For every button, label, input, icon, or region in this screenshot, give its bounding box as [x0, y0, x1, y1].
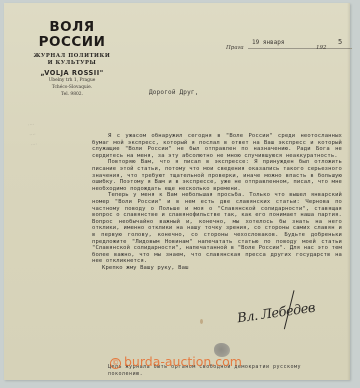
masthead-title: ВОЛЯ РОССИИ	[26, 20, 118, 50]
pencil-annotation: .... .... ....	[27, 111, 91, 149]
copyright-icon: ©	[110, 358, 121, 369]
phone-number: Tel. 9802.	[26, 91, 118, 98]
auction-watermark: ©burda-auction.com	[110, 354, 242, 369]
latin-title: „VOLJA ROSSII"	[26, 69, 118, 77]
closing-line: Крепко жму Вашу руку, Ваш	[92, 265, 342, 272]
address-line2: Tchéco-Slovaquie.	[26, 84, 118, 91]
signature-text: Вл. Лебедев	[236, 301, 316, 327]
handwritten-signature: Вл. Лебедев	[236, 301, 316, 327]
address-block: Ubelny trh 1, Prague Tchéco-Slovaquie. T…	[26, 77, 118, 98]
dateline-year-prefix: 192	[316, 45, 327, 51]
watermark-text: burda-auction.com	[124, 354, 242, 369]
address-line1: Ubelny trh 1, Prague	[26, 77, 118, 84]
masthead-line2: РОССИИ	[26, 35, 118, 50]
body-paragraph-2: Повторяю Вам, что я писал в экспрессе: Я…	[92, 159, 342, 192]
letter-body: Я с ужасом обнаружил сегодня в "Воле Рос…	[92, 133, 342, 271]
dateline-day-month: 19 января	[252, 39, 285, 46]
dateline-rule	[248, 48, 352, 49]
letter-paper: ВОЛЯ РОССИИ ЖУРНАЛ ПОЛИТИКИ И КУЛЬТУРЫ „…	[4, 3, 350, 380]
letterhead: ВОЛЯ РОССИИ ЖУРНАЛ ПОЛИТИКИ И КУЛЬТУРЫ „…	[26, 20, 118, 98]
paper-mark	[200, 319, 203, 324]
dateline-year-digit: 5	[338, 38, 342, 46]
body-paragraph-1: Я с ужасом обнаружил сегодня в "Воле Рос…	[92, 133, 342, 159]
subtitle-line2: И КУЛЬТУРЫ	[26, 60, 118, 67]
subtitle-line1: ЖУРНАЛ ПОЛИТИКИ	[26, 53, 118, 60]
body-paragraph-3: Теперь у меня к Вам небольшая просьба. Т…	[92, 192, 342, 265]
footer-line2: поколению.	[108, 371, 348, 378]
masthead-subtitle: ЖУРНАЛ ПОЛИТИКИ И КУЛЬТУРЫ	[26, 53, 118, 67]
masthead-line1: ВОЛЯ	[26, 20, 118, 35]
dateline-city: Прага	[226, 45, 244, 51]
greeting: Дорогой Друг,	[149, 89, 199, 96]
